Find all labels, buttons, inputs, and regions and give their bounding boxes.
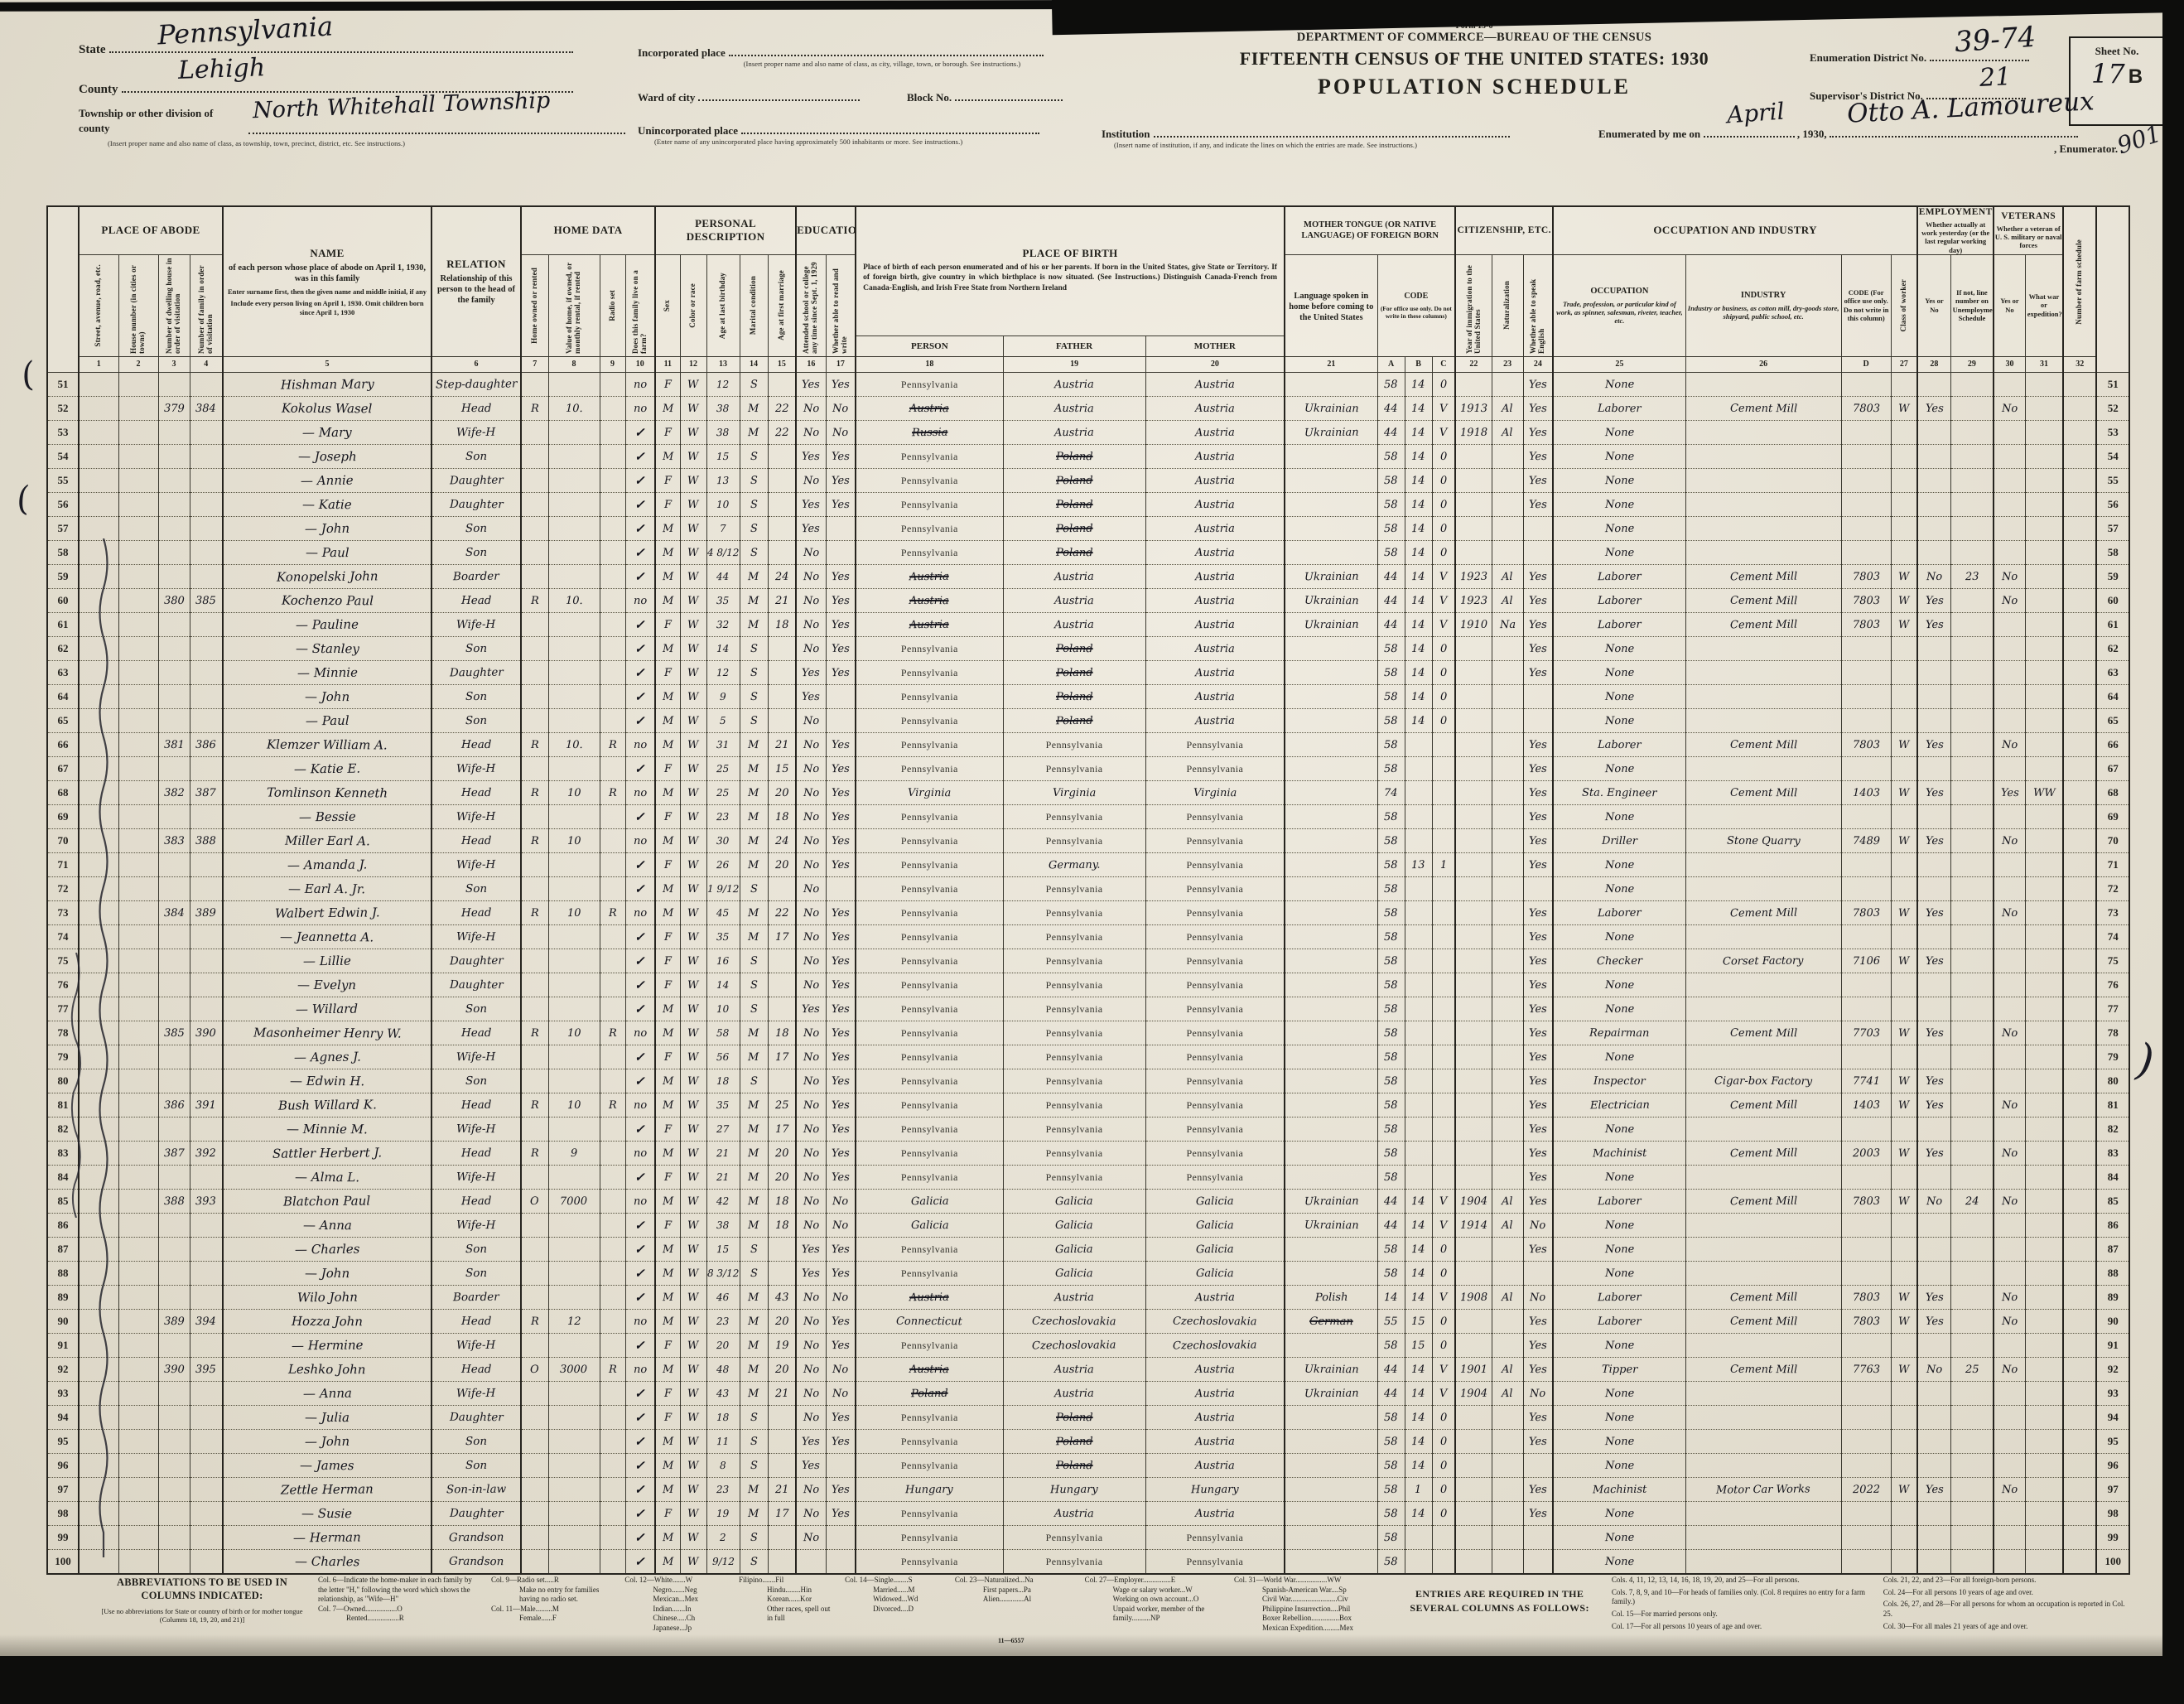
footer-line: Col. 9—Radio set.....R [491, 1576, 613, 1586]
cell-ind [1685, 973, 1841, 997]
cell-radio [600, 396, 625, 420]
cell-eng: Yes [1523, 973, 1553, 997]
occ-value: None [1605, 1388, 1634, 1400]
cell-v31 [2025, 1021, 2063, 1045]
age-value: 11 [716, 1436, 729, 1447]
cell-bpm: Austria [1145, 492, 1285, 516]
imm-value: 1923 [1460, 595, 1487, 607]
eng-value: Yes [1529, 1075, 1547, 1088]
cell-cB: 15 [1405, 1309, 1432, 1333]
cell-race: W [680, 876, 706, 900]
fam-value: 390 [195, 1027, 216, 1040]
table-row: 73384389Walbert Edwin J.HeadR10RnoMW45M2… [47, 900, 2129, 924]
cell-imm [1455, 1549, 1492, 1574]
relation-value: Head [461, 402, 492, 415]
race-value: W [687, 691, 698, 703]
cell-cC: 0 [1432, 1237, 1455, 1261]
cell-bpm: Austria [1145, 396, 1285, 420]
bpf-value: Poland [1056, 1460, 1093, 1472]
table-row: 76— EvelynDaughter✓FW14SNoYesPennsylvani… [47, 973, 2129, 997]
line-number-right: 72 [2096, 876, 2129, 900]
cA-value: 58 [1384, 1075, 1398, 1088]
cell-agem: 25 [768, 1093, 796, 1117]
line-number-left: 54 [47, 444, 79, 468]
radio-value: R [609, 1364, 617, 1376]
cell-relation: Head [431, 1357, 521, 1381]
cell-cA: 58 [1377, 1117, 1405, 1141]
bpm-value: Austria [1195, 595, 1235, 607]
cell-eng: Yes [1523, 1117, 1553, 1141]
occ-value: None [1605, 1123, 1634, 1136]
name-value: — Minnie M. [287, 1121, 368, 1137]
cell-name: — Amanda J. [223, 852, 431, 876]
col-number-26: 26 [1685, 356, 1841, 372]
sex-value: F [664, 979, 672, 992]
cls-value: W [1898, 1075, 1909, 1088]
marital-value: M [748, 1195, 759, 1208]
cell-cB [1405, 1549, 1432, 1574]
cell-ind [1685, 852, 1841, 876]
cell-agem: 43 [768, 1285, 796, 1309]
bpp-value: Pennsylvania [901, 1075, 958, 1087]
cell-nat [1492, 1237, 1523, 1261]
cC-value: 0 [1440, 1412, 1447, 1424]
bpm-value: Austria [1195, 547, 1235, 559]
cell-dwell: 387 [158, 1141, 190, 1165]
cell-v30 [1994, 420, 2025, 444]
col-family-number: Number of family in order of visitation [190, 254, 223, 356]
cell-agem: 19 [768, 1333, 796, 1357]
cell-imm [1455, 1501, 1492, 1525]
cell-house [118, 1141, 158, 1165]
cell-race: W [680, 852, 706, 876]
cell-eng: Yes [1523, 852, 1553, 876]
table-row: 97Zettle HermanSon-in-law✓MW23M21NoYesHu… [47, 1477, 2129, 1501]
age-value: 44 [716, 571, 729, 582]
relation-value: Head [461, 1146, 492, 1160]
cell-nat [1492, 1525, 1523, 1549]
cell-house [118, 780, 158, 804]
cell-owned [521, 1477, 548, 1501]
cell-race: W [680, 1405, 706, 1429]
cell-age: 15 [706, 444, 740, 468]
cA-value: 14 [1384, 1291, 1398, 1304]
age-value: 2 [720, 1532, 726, 1543]
cell-bpp: Pennsylvania [856, 1165, 1003, 1189]
cell-house [118, 900, 158, 924]
cell-house [118, 444, 158, 468]
school-value: No [803, 571, 819, 583]
cell-school: Yes [796, 1261, 826, 1285]
farm-value: ✓ [634, 545, 645, 560]
cell-owned [521, 492, 548, 516]
cell-cA: 58 [1377, 1501, 1405, 1525]
cell-race: W [680, 708, 706, 732]
cell-cD [1841, 1117, 1891, 1141]
cell-lang [1285, 1453, 1377, 1477]
occ-value: Inspector [1593, 1075, 1646, 1088]
cell-dwell [158, 1501, 190, 1525]
cell-ind [1685, 1333, 1841, 1357]
bpm-value: Austria [1195, 715, 1235, 727]
cell-bpp: Austria [856, 1285, 1003, 1309]
cell-fs [2063, 516, 2096, 540]
cell-bpp: Austria [856, 396, 1003, 420]
relation-value: Wife-H [456, 426, 495, 439]
cell-race: W [680, 1021, 706, 1045]
bpp-value: Virginia [908, 787, 951, 799]
marital-value: M [748, 619, 759, 631]
cell-imm [1455, 900, 1492, 924]
sex-value: M [663, 1364, 673, 1376]
cell-cB: 14 [1405, 588, 1432, 612]
cell-agem [768, 540, 796, 564]
cell-cD [1841, 1261, 1891, 1285]
cell-dwell [158, 468, 190, 492]
cell-cls [1891, 1405, 1917, 1429]
bpp-value: Pennsylvania [901, 883, 958, 895]
cell-house [118, 756, 158, 780]
eng-value: Yes [1529, 475, 1547, 487]
imm-value: 1910 [1460, 619, 1487, 631]
read-value: Yes [832, 667, 850, 679]
farm-value: ✓ [634, 1410, 645, 1425]
marital-value: S [750, 499, 758, 511]
bpf-value: Pennsylvania [1046, 931, 1103, 943]
footer-line: Civil War.........................Civ [1234, 1595, 1387, 1605]
cell-bpp: Pennsylvania [856, 1021, 1003, 1045]
cA-value: 44 [1384, 1364, 1398, 1376]
cell-dwell [158, 1237, 190, 1261]
age-value: 21 [716, 1147, 729, 1159]
read-value: Yes [832, 1267, 850, 1280]
table-row: 53— MaryWife-H✓FW38M22NoNoRussiaAustriaA… [47, 420, 2129, 444]
relation-value: Grandson [449, 1555, 504, 1568]
cell-nat [1492, 1021, 1523, 1045]
age-value: 32 [716, 619, 729, 630]
cell-cB: 1 [1405, 1477, 1432, 1501]
cell-value [548, 468, 600, 492]
cA-value: 58 [1384, 1532, 1398, 1544]
cell-dwell [158, 1549, 190, 1574]
occ-value: Laborer [1598, 739, 1642, 751]
cell-e29 [1950, 973, 1994, 997]
bpp-value: Pennsylvania [901, 1171, 958, 1183]
table-row: 86— AnnaWife-H✓FW38M18NoNoGaliciaGalicia… [47, 1213, 2129, 1237]
farm-value: no [634, 907, 647, 920]
cell-name: Kokolus Wasel [223, 396, 431, 420]
cell-bpf: Czechoslovakia [1003, 1309, 1145, 1333]
sex-value: F [664, 859, 672, 871]
cell-bpm: Austria [1145, 468, 1285, 492]
ind-value: Cement Mill [1730, 1027, 1797, 1040]
school-value: Yes [802, 1267, 820, 1280]
farm-value: ✓ [634, 1002, 645, 1016]
bpf-value: Poland [1056, 667, 1093, 679]
eng-value: Yes [1529, 1003, 1547, 1016]
cell-agem [768, 1453, 796, 1477]
bpp-value: Pennsylvania [901, 955, 958, 967]
sex-value: M [663, 1243, 673, 1256]
cell-name: — Anna [223, 1213, 431, 1237]
cell-eng: Yes [1523, 588, 1553, 612]
cell-bpf: Poland [1003, 468, 1145, 492]
bpf-value: Poland [1056, 547, 1093, 559]
name-value: — John [305, 689, 350, 704]
cell-e28 [1917, 492, 1950, 516]
cell-race: W [680, 1357, 706, 1381]
cell-sex: M [655, 1285, 680, 1309]
school-value: Yes [802, 499, 820, 511]
marital-value: S [750, 451, 758, 463]
cell-v30: No [1994, 1021, 2025, 1045]
cell-occ: Laborer [1553, 564, 1685, 588]
cell-dwell [158, 420, 190, 444]
cell-cC [1432, 804, 1455, 828]
cell-name: — Charles [223, 1237, 431, 1261]
cell-v31 [2025, 1141, 2063, 1165]
cell-fam [190, 1477, 223, 1501]
cell-ind [1685, 804, 1841, 828]
relation-value: Daughter [450, 473, 504, 487]
bpf-value: Czechoslovakia [1032, 1315, 1116, 1328]
line-number-right: 87 [2096, 1237, 2129, 1261]
e28-value: No [1926, 1195, 1942, 1208]
cell-owned [521, 564, 548, 588]
marital-value: M [748, 1340, 759, 1352]
read-value: Yes [832, 931, 850, 944]
cell-dwell [158, 852, 190, 876]
cell-relation: Daughter [431, 468, 521, 492]
read-value: Yes [832, 499, 850, 511]
cell-cD: 7803 [1841, 564, 1891, 588]
cell-agem [768, 444, 796, 468]
cell-house [118, 1501, 158, 1525]
cell-fam [190, 1381, 223, 1405]
cell-radio [600, 1069, 625, 1093]
cell-cls: W [1891, 949, 1917, 973]
cell-house [118, 1549, 158, 1574]
eng-value: Yes [1529, 619, 1547, 631]
cell-cls [1891, 492, 1917, 516]
cell-bpm: Pennsylvania [1145, 1525, 1285, 1549]
line-number-right: 69 [2096, 804, 2129, 828]
line-number-left: 60 [47, 588, 79, 612]
cls-value: W [1898, 1147, 1910, 1160]
cell-owned [521, 804, 548, 828]
marital-value: S [750, 1267, 758, 1280]
cell-v31 [2025, 1261, 2063, 1285]
bpm-value: Austria [1195, 1388, 1235, 1400]
cell-bpf: Poland [1003, 1405, 1145, 1429]
cell-race: W [680, 372, 706, 396]
cell-cls [1891, 997, 1917, 1021]
relation-value: Wife-H [456, 858, 495, 871]
eng-value: Yes [1529, 931, 1547, 944]
cell-farm: no [625, 1357, 655, 1381]
cell-imm [1455, 660, 1492, 684]
cell-dwell [158, 1165, 190, 1189]
unincorporated-note: (Enter name of any unincorporated place … [654, 138, 1085, 146]
cell-eng: No [1523, 1381, 1553, 1405]
cell-fs [2063, 708, 2096, 732]
cell-race: W [680, 1477, 706, 1501]
cell-bpf: Austria [1003, 372, 1145, 396]
read-value: Yes [832, 1099, 850, 1112]
cell-marital: M [740, 1381, 768, 1405]
school-value: No [803, 1123, 819, 1136]
cell-cls: W [1891, 1285, 1917, 1309]
cell-cB [1405, 924, 1432, 949]
cell-owned [521, 372, 548, 396]
relation-value: Head [461, 786, 492, 799]
cell-e28 [1917, 684, 1950, 708]
cell-age: 14 [706, 973, 740, 997]
relation-value: Son [465, 522, 487, 535]
cell-relation: Son [431, 997, 521, 1021]
cell-agem [768, 468, 796, 492]
cell-dwell [158, 804, 190, 828]
cell-lang [1285, 780, 1377, 804]
relation-value: Step-daughter [436, 377, 518, 391]
race-value: W [687, 979, 698, 992]
cell-bpp: Pennsylvania [856, 828, 1003, 852]
entries-rule-line: Cols. 7, 8, 9, and 10—For heads of famil… [1612, 1588, 1872, 1607]
line-number-right: 79 [2096, 1045, 2129, 1069]
column-number-row: 123456789101112131415161718192021ABC2223… [47, 356, 2129, 372]
cell-house [118, 708, 158, 732]
cell-ind [1685, 420, 1841, 444]
col-farm-family: Does this family live on a farm? [625, 254, 655, 356]
cell-name: — Alma L. [223, 1165, 431, 1189]
cell-read: Yes [826, 1501, 856, 1525]
bpf-value: Pennsylvania [1046, 763, 1103, 775]
bpm-value: Pennsylvania [1186, 859, 1243, 871]
marital-value: M [748, 1315, 759, 1328]
cell-e28 [1917, 804, 1950, 828]
read-value: Yes [832, 1147, 850, 1160]
name-value: Konopelski John [277, 568, 378, 584]
footer-line: Boxer Rebellion...............Box [1234, 1614, 1387, 1624]
value-value: 10 [567, 787, 581, 799]
cell-street [79, 468, 118, 492]
value-value: 3000 [560, 1364, 587, 1376]
name-value: — Anna [302, 1385, 351, 1401]
cell-value [548, 1549, 600, 1574]
value-value: 10 [567, 907, 581, 920]
cell-age: 2 [706, 1525, 740, 1549]
cell-ind [1685, 660, 1841, 684]
bpp-value: Hungary [905, 1483, 953, 1496]
cell-sex: M [655, 1429, 680, 1453]
cls-value: W [1898, 1364, 1909, 1376]
v30-value: No [2002, 1315, 2018, 1328]
relation-value: Son [465, 1459, 487, 1472]
cell-cA: 58 [1377, 949, 1405, 973]
cell-bpp: Poland [856, 1381, 1003, 1405]
cell-bpm: Austria [1145, 540, 1285, 564]
col-code-office: CODE (For office use only. Do not write … [1377, 254, 1455, 356]
bpm-value: Czechoslovakia [1173, 1339, 1257, 1352]
cell-imm [1455, 444, 1492, 468]
cell-eng [1523, 684, 1553, 708]
cell-relation: Son [431, 1453, 521, 1477]
cell-cA: 44 [1377, 1381, 1405, 1405]
cell-age: 44 [706, 564, 740, 588]
cell-bpm: Austria [1145, 1453, 1285, 1477]
cell-cB: 14 [1405, 1213, 1432, 1237]
cC-value: 0 [1440, 499, 1447, 511]
line-number-right: 81 [2096, 1093, 2129, 1117]
cell-cls [1891, 1453, 1917, 1477]
cell-cA: 58 [1377, 1405, 1405, 1429]
cell-cls: W [1891, 1189, 1917, 1213]
table-row: 70383388Miller Earl A.HeadR10noMW30M24No… [47, 828, 2129, 852]
street-column-scribble [93, 538, 114, 1557]
cell-e29 [1950, 1213, 1994, 1237]
cell-cls [1891, 372, 1917, 396]
cC-value: 0 [1440, 667, 1447, 679]
race-value: W [687, 1436, 699, 1448]
line-number-left: 100 [47, 1549, 79, 1574]
relation-value: Head [461, 906, 492, 920]
race-value: W [687, 523, 699, 535]
cell-v31 [2025, 804, 2063, 828]
school-value: No [803, 619, 819, 631]
cell-race: W [680, 468, 706, 492]
cell-cA: 58 [1377, 997, 1405, 1021]
eng-value: Yes [1529, 787, 1547, 799]
cA-value: 58 [1384, 379, 1398, 391]
cell-agem: 18 [768, 1021, 796, 1045]
cell-house [118, 564, 158, 588]
relation-value: Wife-H [456, 618, 495, 631]
cell-bpp: Pennsylvania [856, 1405, 1003, 1429]
cA-value: 58 [1384, 475, 1398, 487]
table-row: 75— LillieDaughter✓FW16SNoYesPennsylvani… [47, 949, 2129, 973]
occ-value: Laborer [1598, 595, 1642, 607]
agem-value: 21 [774, 595, 788, 607]
cell-v31 [2025, 468, 2063, 492]
cell-bpm: Galicia [1145, 1213, 1285, 1237]
cell-name: Hozza John [223, 1309, 431, 1333]
cell-imm: 1901 [1455, 1357, 1492, 1381]
cell-name: — Charles [223, 1549, 431, 1574]
cell-ind [1685, 492, 1841, 516]
bpp-value: Pennsylvania [901, 1243, 958, 1255]
entries-rule-line: Cols. 21, 22, and 23—For all foreign-bor… [1883, 1576, 2135, 1586]
cell-cB [1405, 1141, 1432, 1165]
relation-value: Head [461, 1026, 492, 1040]
table-body: 51Hishman MaryStep-daughternoFW12SYesYes… [47, 372, 2129, 1574]
line-number-left: 73 [47, 900, 79, 924]
cell-sex: F [655, 1381, 680, 1405]
cell-fs [2063, 828, 2096, 852]
cell-farm: ✓ [625, 636, 655, 660]
race-value: W [687, 1027, 698, 1040]
imm-value: 1901 [1460, 1364, 1487, 1376]
cell-house [118, 876, 158, 900]
imm-value: 1918 [1460, 427, 1487, 439]
cell-value [548, 444, 600, 468]
eng-value: Yes [1529, 1123, 1547, 1136]
cell-bpf: Pennsylvania [1003, 804, 1145, 828]
line-number-left: 88 [47, 1261, 79, 1285]
cell-lang [1285, 1093, 1377, 1117]
school-value: No [803, 931, 819, 944]
eng-value: Yes [1529, 739, 1547, 751]
occ-value: Laborer [1598, 570, 1642, 583]
